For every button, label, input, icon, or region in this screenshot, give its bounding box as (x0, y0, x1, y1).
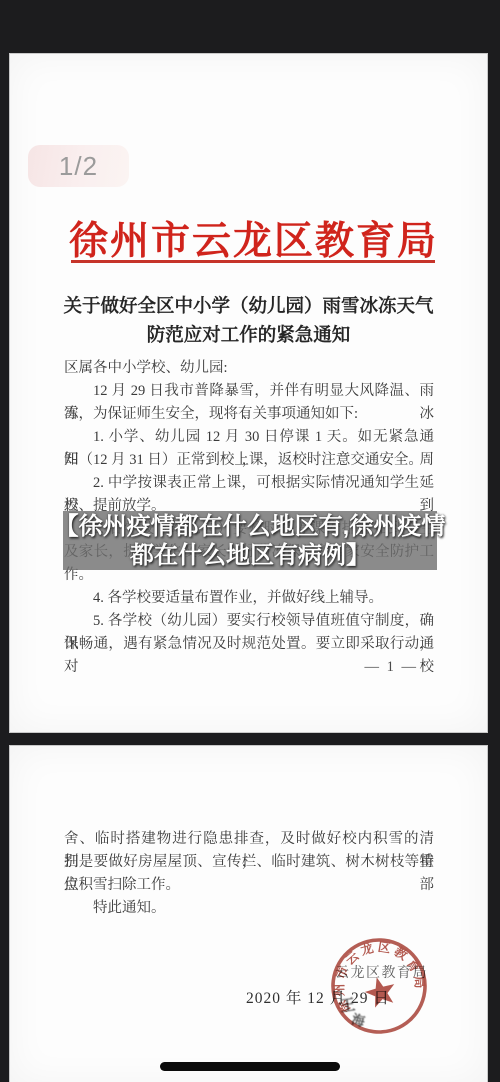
seal-star-icon (362, 973, 399, 1009)
official-seal-icon: 徐州市云龙区教育局 (314, 921, 444, 1051)
document-page-2[interactable]: 舍、临时搭建物进行隐患排查，及时做好校内积雪的清扫，特 别是要做好房屋屋顶、宣传… (9, 745, 488, 1082)
body-line: 舍、临时搭建物进行隐患排查，及时做好校内积雪的清扫，特 (64, 828, 434, 851)
document-title-line2: 防范应对工作的紧急通知 (10, 322, 487, 351)
caption-overlay: 【徐州疫情都在什么地区有,徐州疫情 都在什么地区有病例】 (63, 511, 437, 570)
body-line: 1. 小学、幼儿园 12 月 30 日停课 1 天。如无紧急通知，周 (64, 426, 434, 449)
document-title-line1: 关于做好全区中小学（幼儿园）雨雪冰冻天气 (10, 293, 487, 322)
body-line: 四（12 月 31 日）正常到校上课，返校时注意交通安全。 (64, 449, 434, 472)
body-line: 讯畅通，遇有紧急情况及时规范处置。要立即采取行动，对校 (64, 633, 434, 656)
page-count-label: 1/2 (59, 151, 98, 182)
body-line: 区属各中小学校、幼儿园: (64, 357, 434, 380)
body-line: 5. 各学校（幼儿园）要实行校领导值班值守制度，确保通 (64, 610, 434, 633)
document-title: 关于做好全区中小学（幼儿园）雨雪冰冻天气 防范应对工作的紧急通知 (10, 293, 487, 350)
body-line: 2. 中学按课表正常上课，可根据实际情况通知学生延迟到 (64, 472, 434, 495)
document-page-1[interactable]: 1/2 徐州市云龙区教育局 关于做好全区中小学（幼儿园）雨雪冰冻天气 防范应对工… (9, 53, 488, 733)
body-line: 特此通知。 (64, 897, 434, 920)
red-divider (71, 260, 435, 263)
home-indicator[interactable] (160, 1062, 340, 1071)
caption-line1: 【徐州疫情都在什么地区有,徐州疫情 (55, 512, 446, 541)
body-line: 别是要做好房屋屋顶、宣传栏、临时建筑、树木树枝等重点部 (64, 851, 434, 874)
body-line: 12 月 29 日我市普降暴雪，并伴有明显大风降温、雨雪、冰 (64, 380, 434, 403)
document-body-page2: 舍、临时搭建物进行隐患排查，及时做好校内积雪的清扫，特 别是要做好房屋屋顶、宣传… (64, 828, 434, 920)
caption-line2: 都在什么地区有病例】 (130, 541, 370, 570)
phone-image-viewer: 1/2 徐州市云龙区教育局 关于做好全区中小学（幼儿园）雨雪冰冻天气 防范应对工… (0, 0, 500, 1082)
page-count-badge: 1/2 (28, 145, 129, 187)
body-line: 4. 各学校要适量布置作业，并做好线上辅导。 (64, 587, 434, 610)
